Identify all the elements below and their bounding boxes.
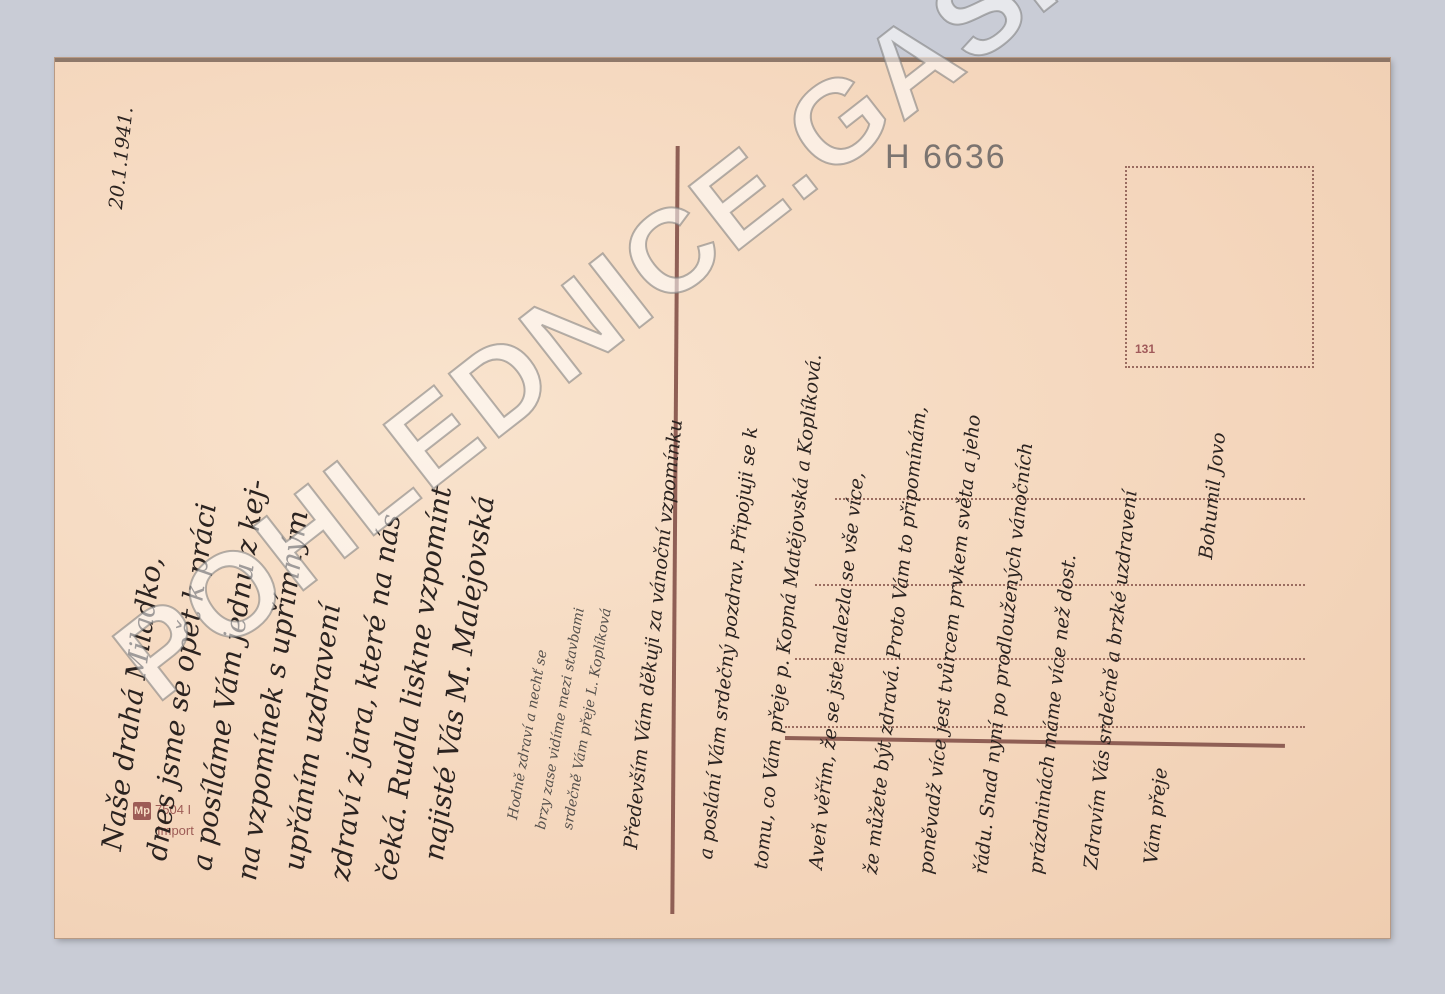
postcard: H 6636 131 Mp 7504 I Import 20.1.1941. N… (55, 58, 1390, 938)
handwritten-line: Především Vám děkuji za vánoční vzpomínk… (620, 418, 687, 850)
catalog-pencil-note: H 6636 (885, 138, 1007, 177)
handwritten-line: Aveň věřím, že se jste nalezla se vše ví… (805, 471, 869, 870)
stamp-box (1125, 166, 1314, 368)
handwritten-line: poněvadž více jest tvůrcem prvkem světa … (915, 414, 985, 876)
message-date: 20.1.1941. (105, 106, 138, 210)
handwritten-line: že můžete být zdravá. Proto Vám to připo… (860, 405, 931, 875)
card-edge (55, 58, 1390, 62)
stamp-box-code: 131 (1135, 342, 1155, 356)
handwritten-signature: Bohumil Jovo (1195, 431, 1230, 560)
handwritten-line: Zdravím Vás srdečně a brzké uzdravení (1080, 489, 1142, 870)
handwritten-line: a poslání Vám srdečný pozdrav. Připojuji… (695, 426, 762, 861)
address-underline (785, 736, 1285, 748)
handwritten-line: Vám přeje (1140, 767, 1172, 866)
handwritten-line: prázdninách máme více než dost. (1025, 553, 1080, 875)
